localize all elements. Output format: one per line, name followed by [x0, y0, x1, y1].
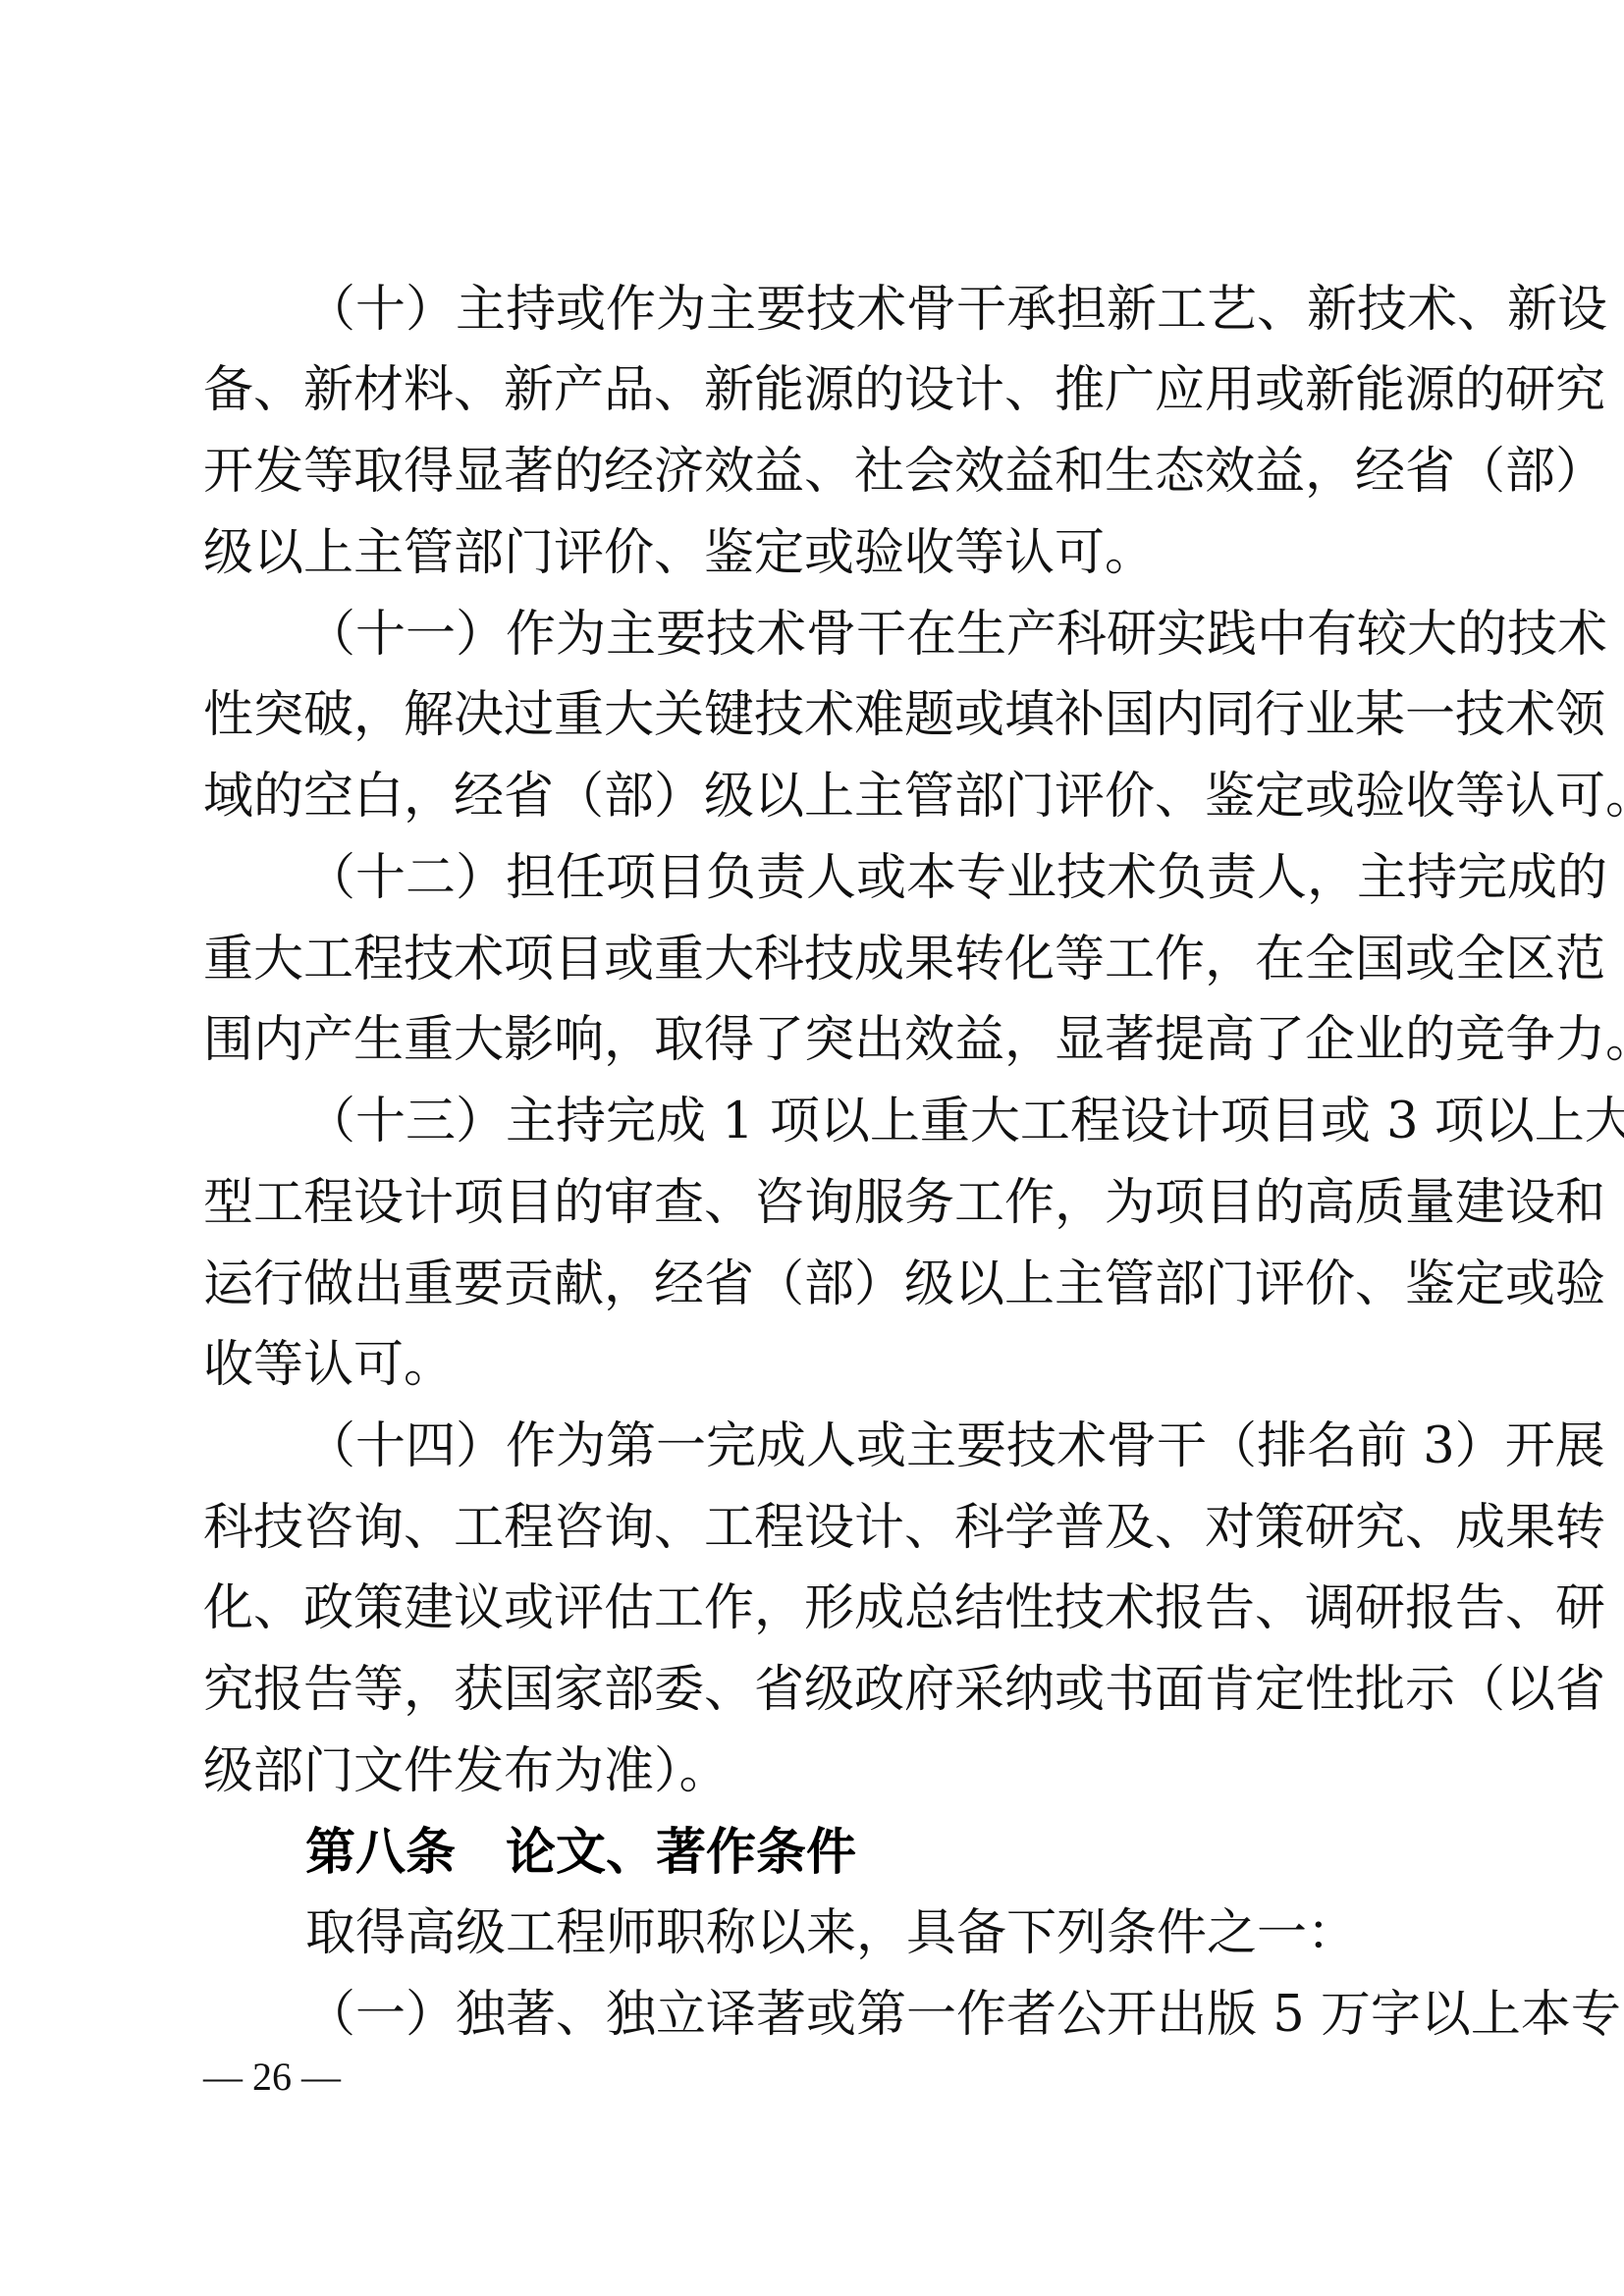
page-number: — 26 —	[203, 2056, 341, 2099]
paragraph-item-11-line-2: 性突破，解决过重大关键技术难题或填补国内同行业某一技术领	[203, 675, 1426, 756]
document-page: （十）主持或作为主要技术骨干承担新工艺、新技术、新设 备、新材料、新产品、新能源…	[0, 0, 1624, 2296]
paragraph-item-13-line-2: 型工程设计项目的审查、咨询服务工作，为项目的高质量建设和	[203, 1163, 1426, 1244]
article-heading: 第八条 论文、著作条件	[305, 1813, 1426, 1894]
article-intro: 取得高级工程师职称以来，具备下列条件之一：	[305, 1894, 1426, 1974]
paragraph-item-11-line-3: 域的空白，经省（部）级以上主管部门评价、鉴定或验收等认可。	[203, 757, 1426, 837]
paragraph-item-13-line-4: 收等认可。	[203, 1325, 1426, 1406]
paragraph-item-14-line-5: 级部门文件发布为准）。	[203, 1732, 1426, 1812]
paragraph-item-11-line-1: （十一）作为主要技术骨干在生产科研实践中有较大的技术	[305, 595, 1426, 675]
paragraph-item-14-line-2: 科技咨询、工程咨询、工程设计、科学普及、对策研究、成果转	[203, 1488, 1426, 1569]
paragraph-item-12-line-2: 重大工程技术项目或重大科技成果转化等工作，在全国或全区范	[203, 920, 1426, 1000]
paragraph-item-12-line-3: 围内产生重大影响，取得了突出效益，显著提高了企业的竞争力。	[203, 1000, 1426, 1081]
paragraph-item-10-line-1: （十）主持或作为主要技术骨干承担新工艺、新技术、新设	[305, 270, 1426, 350]
paragraph-item-10-line-3: 开发等取得显著的经济效益、社会效益和生态效益，经省（部）	[203, 432, 1426, 512]
paragraph-item-14-line-4: 究报告等，获国家部委、省级政府采纳或书面肯定性批示（以省	[203, 1650, 1426, 1731]
paragraph-item-10-line-4: 级以上主管部门评价、鉴定或验收等认可。	[203, 513, 1426, 594]
paragraph-item-10-line-2: 备、新材料、新产品、新能源的设计、推广应用或新能源的研究	[203, 350, 1426, 431]
paragraph-item-13-line-3: 运行做出重要贡献，经省（部）级以上主管部门评价、鉴定或验	[203, 1245, 1426, 1325]
article-item-1-line-1: （一）独著、独立译著或第一作者公开出版 5 万字以上本专	[305, 1975, 1426, 2056]
paragraph-item-14-line-1: （十四）作为第一完成人或主要技术骨干（排名前 3）开展	[305, 1407, 1426, 1487]
paragraph-item-14-line-3: 化、政策建议或评估工作，形成总结性技术报告、调研报告、研	[203, 1569, 1426, 1649]
paragraph-item-12-line-1: （十二）担任项目负责人或本专业技术负责人，主持完成的	[305, 838, 1426, 919]
paragraph-item-13-line-1: （十三）主持完成 1 项以上重大工程设计项目或 3 项以上大	[305, 1082, 1426, 1162]
